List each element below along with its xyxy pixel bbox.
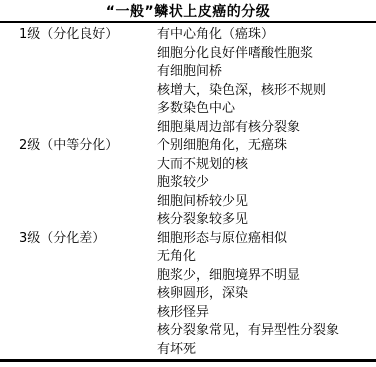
feature-line: 有坏死 <box>157 341 376 360</box>
feature-line: 无角化 <box>157 248 376 267</box>
feature-line: 核形怪异 <box>157 304 376 323</box>
feature-line: 个别细胞角化，无癌珠 <box>157 137 376 156</box>
feature-line: 核分裂象较多见 <box>157 211 376 230</box>
grade-group-2: 2级（中等分化） 个别细胞角化，无癌珠 大而不规划的核 胞浆较少 细胞间桥较少见… <box>0 137 376 230</box>
feature-line: 核卵圆形，深染 <box>157 285 376 304</box>
feature-line: 胞浆较少 <box>157 174 376 193</box>
grade-group-1: 1级（分化良好） 有中心角化（癌珠） 细胞分化良好伴嗜酸性胞浆 有细胞间桥 核增… <box>0 26 376 137</box>
feature-line: 多数染色中心 <box>157 100 376 119</box>
grade-1-label: 1级（分化良好） <box>0 26 157 45</box>
feature-line: 核增大，染色深，核形不规则 <box>157 82 376 101</box>
feature-line: 细胞巢周边部有核分裂象 <box>157 119 376 138</box>
grading-table-page: “一般”鳞状上皮癌的分级 1级（分化良好） 有中心角化（癌珠） 细胞分化良好伴嗜… <box>0 0 376 367</box>
feature-line: 有细胞间桥 <box>157 63 376 82</box>
grade-2-features: 个别细胞角化，无癌珠 大而不规划的核 胞浆较少 细胞间桥较少见 核分裂象较多见 <box>157 137 376 230</box>
grade-1-features: 有中心角化（癌珠） 细胞分化良好伴嗜酸性胞浆 有细胞间桥 核增大，染色深，核形不… <box>157 26 376 137</box>
feature-line: 细胞分化良好伴嗜酸性胞浆 <box>157 45 376 64</box>
feature-line: 细胞形态与原位癌相似 <box>157 230 376 249</box>
feature-line: 细胞间桥较少见 <box>157 193 376 212</box>
grade-3-label: 3级（分化差） <box>0 230 157 249</box>
grade-2-label: 2级（中等分化） <box>0 137 157 156</box>
table-title: “一般”鳞状上皮癌的分级 <box>0 0 376 21</box>
grading-table: 1级（分化良好） 有中心角化（癌珠） 细胞分化良好伴嗜酸性胞浆 有细胞间桥 核增… <box>0 23 376 359</box>
grade-group-3: 3级（分化差） 细胞形态与原位癌相似 无角化 胞浆少，细胞境界不明显 核卵圆形，… <box>0 230 376 360</box>
feature-line: 胞浆少，细胞境界不明显 <box>157 267 376 286</box>
grade-3-features: 细胞形态与原位癌相似 无角化 胞浆少，细胞境界不明显 核卵圆形，深染 核形怪异 … <box>157 230 376 360</box>
feature-line: 大而不规划的核 <box>157 156 376 175</box>
feature-line: 核分裂象常见，有异型性分裂象 <box>157 322 376 341</box>
bottom-rule <box>0 359 376 362</box>
feature-line: 有中心角化（癌珠） <box>157 26 376 45</box>
